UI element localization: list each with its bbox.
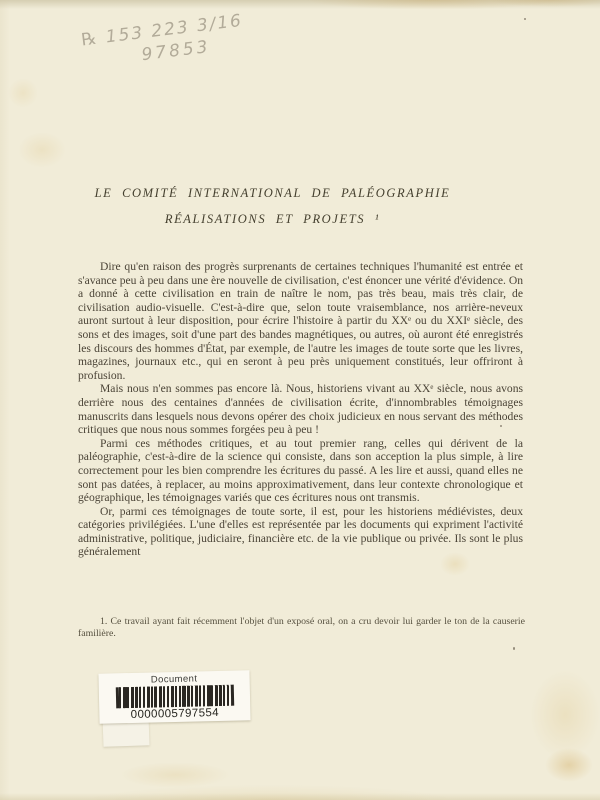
scanned-page: ℞ 153 223 3/16 97853 LE COMITÉ INTERNATI…	[0, 0, 600, 800]
paragraph-1: Dire qu'en raison des progrès surprenant…	[78, 260, 523, 382]
paper-speck	[513, 647, 515, 650]
title-line1: LE COMITÉ INTERNATIONAL DE PALÉOGRAPHIE	[60, 180, 485, 206]
paper-speck	[524, 18, 526, 20]
paper-stain	[18, 132, 66, 168]
article-body: Dire qu'en raison des progrès surprenant…	[78, 260, 523, 559]
title-line2: RÉALISATIONS ET PROJETS ¹	[60, 206, 485, 232]
paragraph-2: Mais nous n'en sommes pas encore là. Nou…	[78, 382, 523, 436]
barcode-number: 0000005797554	[99, 706, 250, 722]
paper-stain	[120, 762, 230, 788]
paragraph-4: Or, parmi ces témoignages de toute sorte…	[78, 505, 523, 559]
paragraph-3: Parmi ces méthodes critiques, et au tout…	[78, 437, 523, 505]
footnote: 1. Ce travail ayant fait récemment l'obj…	[78, 616, 525, 639]
handwritten-shelfmark: ℞ 153 223 3/16 97853	[80, 3, 304, 73]
barcode-sticker: Document 0000005797554	[98, 670, 250, 723]
paper-stain	[545, 748, 593, 782]
article-title: LE COMITÉ INTERNATIONAL DE PALÉOGRAPHIE …	[60, 180, 485, 232]
paper-stain	[530, 670, 600, 760]
barcode-icon	[115, 685, 233, 709]
paper-stain	[8, 78, 38, 108]
